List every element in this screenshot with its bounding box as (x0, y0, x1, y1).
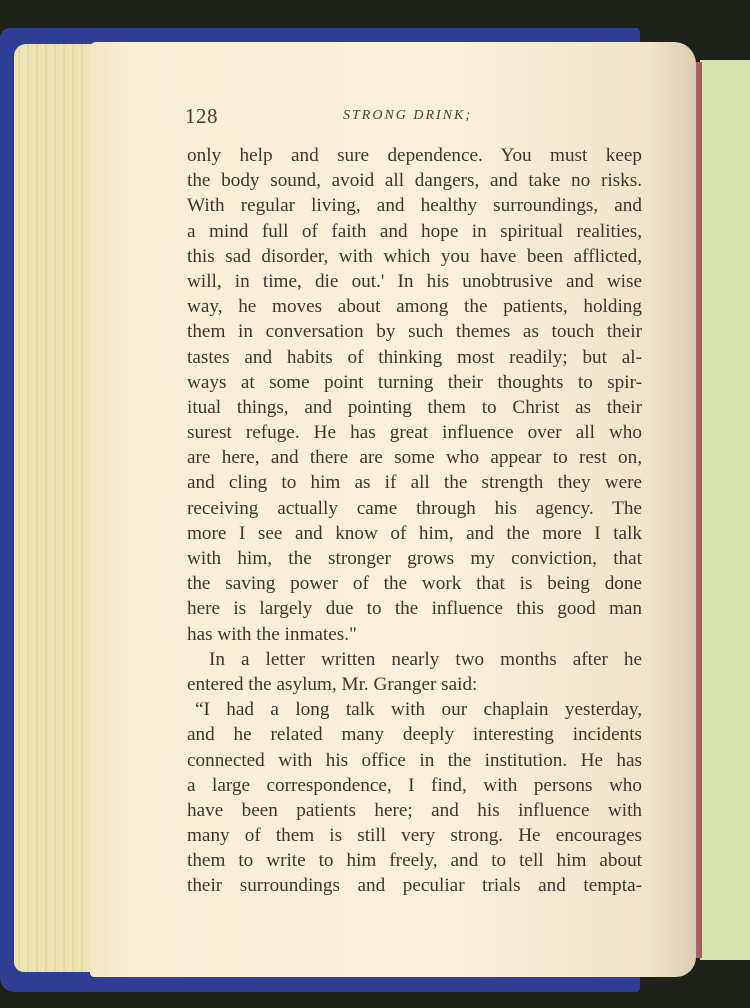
text-line: and he related many deeply interesting i… (187, 722, 642, 747)
text-line: and cling to him as if all the strength … (187, 470, 642, 495)
text-line: surest refuge. He has great influence ov… (187, 420, 642, 445)
text-line: the saving power of the work that is bei… (187, 571, 642, 596)
text-line: them in conversation by such themes as t… (187, 319, 642, 344)
text-line: many of them is still very strong. He en… (187, 823, 642, 848)
text-line: has with the inmates." (187, 622, 642, 647)
page-number: 128 (185, 104, 218, 129)
text-line: itual things, and pointing them to Chris… (187, 395, 642, 420)
text-line: them to write to him freely, and to tell… (187, 848, 642, 873)
text-line: entered the asylum, Mr. Granger said: (187, 672, 642, 697)
text-line: the body sound, avoid all dangers, and t… (187, 168, 642, 193)
body-text: only help and sure dependence. You must … (187, 143, 642, 899)
running-title: STRONG DRINK; (343, 108, 472, 124)
text-line: this sad disorder, with which you have b… (187, 244, 642, 269)
text-line: a mind full of faith and hope in spiritu… (187, 219, 642, 244)
text-line: connected with his office in the institu… (187, 748, 642, 773)
text-line: more I see and know of him, and the more… (187, 521, 642, 546)
text-line: way, he moves about among the patients, … (187, 294, 642, 319)
adjacent-page (700, 60, 750, 960)
text-line: With regular living, and healthy surroun… (187, 193, 642, 218)
text-line: their surroundings and peculiar trials a… (187, 873, 642, 898)
text-line: have been patients here; and his influen… (187, 798, 642, 823)
paragraph-start-line: In a letter written nearly two months af… (187, 647, 642, 672)
text-line: will, in time, die out.' In his unobtrus… (187, 269, 642, 294)
text-line: are here, and there are some who appear … (187, 445, 642, 470)
text-line: here is largely due to the influence thi… (187, 596, 642, 621)
text-line: ways at some point turning their thought… (187, 370, 642, 395)
page-header: 128 STRONG DRINK; (185, 104, 645, 130)
text-line: with him, the stronger grows my convicti… (187, 546, 642, 571)
page-block-edges (14, 44, 96, 972)
quote-start-line: “I had a long talk with our chaplain yes… (187, 697, 642, 722)
text-line: tastes and habits of thinking most readi… (187, 345, 642, 370)
text-line: receiving actually came through his agen… (187, 496, 642, 521)
text-line: a large correspondence, I find, with per… (187, 773, 642, 798)
text-line: only help and sure dependence. You must … (187, 143, 642, 168)
